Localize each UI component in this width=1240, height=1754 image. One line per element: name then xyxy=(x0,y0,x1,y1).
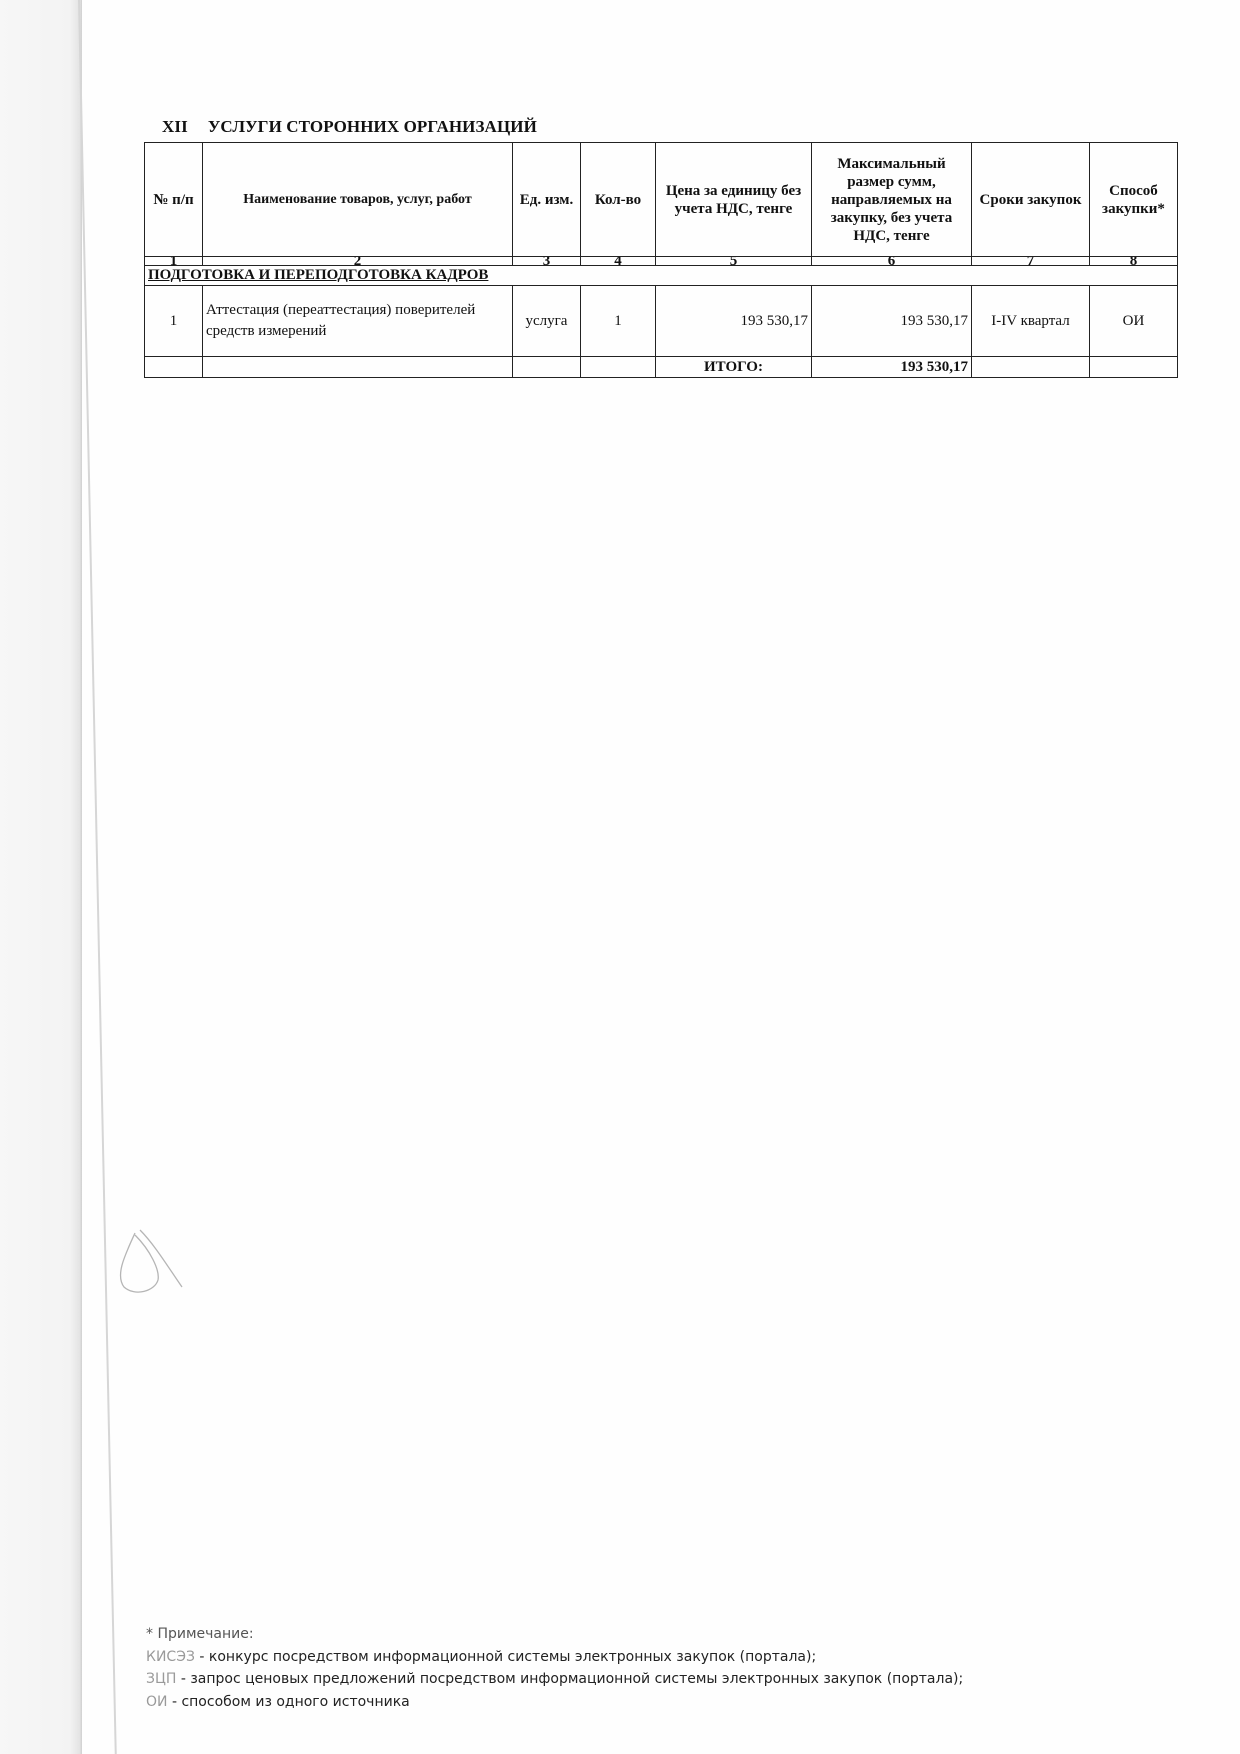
cell-name: Аттестация (переаттестация) поверителей … xyxy=(203,286,513,357)
section-title: УСЛУГИ СТОРОННИХ ОРГАНИЗАЦИЙ xyxy=(208,117,537,136)
column-number: 5 xyxy=(656,257,812,266)
footnote-text: - запрос ценовых предложений посредством… xyxy=(176,1671,963,1687)
total-empty-cell xyxy=(581,357,656,378)
total-empty-cell xyxy=(1090,357,1178,378)
cell-method: ОИ xyxy=(1090,286,1178,357)
total-amount: 193 530,17 xyxy=(812,357,972,378)
column-number: 6 xyxy=(812,257,972,266)
footnote-item: ЗЦП - запрос ценовых предложений посредс… xyxy=(146,1668,963,1691)
procurement-table: № п/п Наименование товаров, услуг, работ… xyxy=(144,142,1178,378)
header-no: № п/п xyxy=(145,143,203,257)
header-method: Способ закупки* xyxy=(1090,143,1178,257)
group-title: ПОДГОТОВКА И ПЕРЕПОДГОТОВКА КАДРОВ xyxy=(148,267,488,283)
section-heading: XIIУСЛУГИ СТОРОННИХ ОРГАНИЗАЦИЙ xyxy=(162,117,537,137)
handwritten-initial-mark xyxy=(110,1225,185,1295)
total-row: ИТОГО: 193 530,17 xyxy=(145,357,1178,378)
header-unit-price: Цена за единицу без учета НДС, тенге xyxy=(656,143,812,257)
group-title-cell: ПОДГОТОВКА И ПЕРЕПОДГОТОВКА КАДРОВ xyxy=(145,266,1178,286)
column-number: 7 xyxy=(972,257,1090,266)
footnote-item: КИСЭЗ - конкурс посредством информационн… xyxy=(146,1646,963,1669)
column-number: 1 xyxy=(145,257,203,266)
table-header-row: № п/п Наименование товаров, услуг, работ… xyxy=(145,143,1178,257)
cell-no: 1 xyxy=(145,286,203,357)
column-number-row: 1 2 3 4 5 6 7 8 xyxy=(145,257,1178,266)
group-row: ПОДГОТОВКА И ПЕРЕПОДГОТОВКА КАДРОВ xyxy=(145,266,1178,286)
footnote-abbr: ЗЦП xyxy=(146,1671,176,1687)
header-qty: Кол-во xyxy=(581,143,656,257)
column-number: 4 xyxy=(581,257,656,266)
footnote-abbr: КИСЭЗ xyxy=(146,1649,195,1665)
cell-unit: услуга xyxy=(513,286,581,357)
footnote-abbr: ОИ xyxy=(146,1694,168,1710)
footnote-heading: * Примечание: xyxy=(146,1623,963,1646)
footnote: * Примечание: КИСЭЗ - конкурс посредство… xyxy=(146,1623,963,1713)
footnote-text: - конкурс посредством информационной сис… xyxy=(195,1649,816,1665)
column-number: 3 xyxy=(513,257,581,266)
scan-margin-shadow xyxy=(0,0,82,1754)
footnote-item: ОИ - способом из одного источника xyxy=(146,1691,963,1714)
header-max-amount: Максимальный размер сумм, направляемых н… xyxy=(812,143,972,257)
header-name: Наименование товаров, услуг, работ xyxy=(203,143,513,257)
total-empty-cell xyxy=(513,357,581,378)
total-label: ИТОГО: xyxy=(656,357,812,378)
cell-period: I-IV квартал xyxy=(972,286,1090,357)
header-period: Сроки закупок xyxy=(972,143,1090,257)
total-empty-cell xyxy=(145,357,203,378)
page-fold-line xyxy=(78,0,117,1754)
footnote-text: - способом из одного источника xyxy=(168,1694,410,1710)
table-row: 1 Аттестация (переаттестация) поверителе… xyxy=(145,286,1178,357)
cell-qty: 1 xyxy=(581,286,656,357)
column-number: 2 xyxy=(203,257,513,266)
total-empty-cell xyxy=(203,357,513,378)
header-unit: Ед. изм. xyxy=(513,143,581,257)
total-empty-cell xyxy=(972,357,1090,378)
cell-max-amount: 193 530,17 xyxy=(812,286,972,357)
column-number: 8 xyxy=(1090,257,1178,266)
cell-unit-price: 193 530,17 xyxy=(656,286,812,357)
section-number: XII xyxy=(162,117,188,136)
